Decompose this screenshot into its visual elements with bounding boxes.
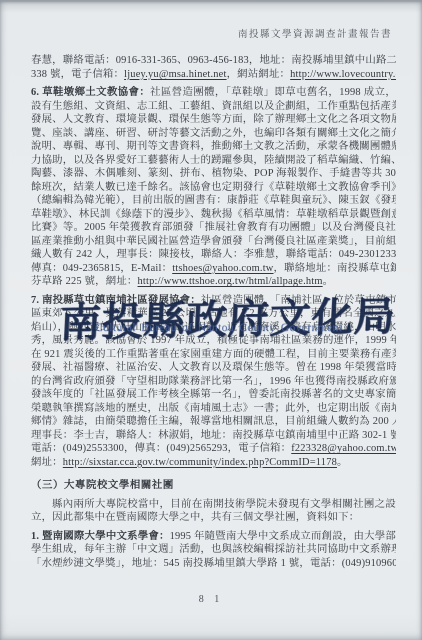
text-segment: 芬草路 225 號，網址： xyxy=(31,276,138,287)
text-segment: 春慧，聯絡電話：0916-331-365、0963-456-183，地址：南投縣… xyxy=(31,55,396,66)
text-line: 發展、社福醫療、社區治安、人文教育以及環保生態等。曾在 1998 年榮獲當時 xyxy=(31,361,396,375)
text-segment: 。 xyxy=(323,276,334,287)
text-line: 網址：http://sixstar.cca.gov.tw/community/i… xyxy=(31,456,396,470)
text-segment: （總編輯為韓光範），目前出版的圖書有：康靜莊《草鞋與童玩》、陳玉釵《發現 xyxy=(31,195,396,206)
text-line: 芬草路 225 號，網址：http://www.ttshoe.org.tw/ht… xyxy=(31,275,396,289)
text-line: 7. 南投縣草屯鎮南埔社區發展協會：社區營造團體，「南埔社區」位於草屯鎮市 xyxy=(31,294,396,308)
text-line: 焰山），與西邊的大肚山脈山嶺遙遙相對，近有隘寮溪，遠有烏溪環繞，山明水 xyxy=(31,321,396,335)
text-line: 草鞋墩》、林民訓《綠蔭下的漫步》、魏秋揚《稻草風情：草鞋墩稻草景觀暨創意 xyxy=(31,208,396,222)
text-line: 榮聰執筆撰寫該地的歷史，出版《南埔風土志》一書；此外，也定期出版《南埔 xyxy=(31,402,396,416)
text-segment: 學生組成，每年主辦「中文週」活動，也與該校編輯採訪社共同協助中文系辦理 xyxy=(31,544,396,555)
text-segment: 力協助，以及各界愛好工藝藝術人士的踴躍參與，陸續開設了稻草編織、竹編、 xyxy=(31,155,396,166)
text-segment: 發展、人文教育、環境景觀、環保生態等方面，除了辦理鄉土文化之各項文物展 xyxy=(31,114,396,125)
text-line: 傳真：049-2365815，E-Mail：ttshoes@yahoo.com.… xyxy=(31,262,396,276)
hyperlink[interactable]: ttshoes@yahoo.com.tw xyxy=(172,263,273,274)
text-segment: 338 號，電子信箱： xyxy=(31,69,124,80)
text-segment: 焰山），與西邊的大肚山脈山嶺遙遙相對，近有隘寮溪，遠有烏溪環繞，山明水 xyxy=(31,322,396,333)
text-line: 覽、座談、講座、研習、研討等藝文活動之外，也編印各類有關鄉土文化之簡介、 xyxy=(31,127,396,141)
text-line: 理事長：李士吉，聯絡人：林淑娟，地址：南投縣草屯鎮南埔里中正路 302-1 號， xyxy=(31,429,396,443)
text-line: 6. 草鞋墩鄉土文教協會：社區營造團體，「草鞋墩」即草屯舊名，1998 成立， xyxy=(31,86,396,100)
text-segment: 餘班次，結業人數已達千餘名。該協會也定期發行《草鞋墩鄉土文教協會季刊》 xyxy=(31,182,396,193)
text-line: 在 921 震災後的工作重點著重在家園重建方面的硬體工程，目前主要業務有產業 xyxy=(31,348,396,362)
text-segment: 草鞋墩》、林民訓《綠蔭下的漫步》、魏秋揚《稻草風情：草鞋墩稻草景觀暨創意 xyxy=(31,209,396,220)
text-line: 區東郊 6 公里，聚落精華區 25 公頃，佔地有 7.2 平方公里，東有聞名全國… xyxy=(31,307,396,321)
text-segment: 設有生態組、文資組、志工組、工藝組、資訊組以及企劃組，工作重點包括產業 xyxy=(31,101,396,112)
text-line: 電話：(049)2553300，傳真：(049)2565293，電子信箱：f22… xyxy=(31,442,396,456)
text-column: 春慧，聯絡電話：0916-331-365、0963-456-183，地址：南投縣… xyxy=(31,54,396,570)
text-segment: 織人數有 242 人，理事長：陳接枝，聯絡人：李雅慧，聯絡電話：049-2301… xyxy=(31,249,396,260)
running-header: 南投縣文學資源調查計畫報告書 xyxy=(238,26,392,40)
text-segment: 1. 暨南國際大學中文系學會： xyxy=(31,531,170,542)
text-segment: 6. 草鞋墩鄉土文教協會： xyxy=(31,87,150,98)
text-line: 338 號，電子信箱：ljuey.yu@msa.hinet.net，網站網址：h… xyxy=(31,68,396,82)
text-segment: 發該年度的「社區發展工作考核全縣第一名」，曾委託南投縣著名的文史專家簡 xyxy=(31,389,396,400)
text-segment: 鄉情》雜誌，由簡榮聰擔任主編，報導當地相關訊息，目前組織人數約為 200 人， xyxy=(31,416,396,427)
text-line: 設有生態組、文資組、志工組、工藝組、資訊組以及企劃組，工作重點包括產業 xyxy=(31,100,396,114)
hyperlink[interactable]: ljuey.yu@msa.hinet.net xyxy=(124,69,226,80)
text-line: 春慧，聯絡電話：0916-331-365、0963-456-183，地址：南投縣… xyxy=(31,54,396,68)
section-heading: （三）大專院校文學相關社團 xyxy=(31,479,396,493)
text-line: 比賽》等。2005 年榮獲教育部頒發「推展社會教育有功團體」以及台灣優良社 xyxy=(31,221,396,235)
document-page: 南投縣文學資源調查計畫報告書 春慧，聯絡電話：0916-331-365、0963… xyxy=(0,0,422,640)
text-segment: 陶藝、漆器、木偶雕刻、篆刻、拼布、植物染、POP 海報製作、手縫書等共 30 xyxy=(31,168,396,179)
text-line: （總編輯為韓光範），目前出版的圖書有：康靜莊《草鞋與童玩》、陳玉釵《發現 xyxy=(31,194,396,208)
text-line: 陶藝、漆器、木偶雕刻、篆刻、拼布、植物染、POP 海報製作、手縫書等共 30 xyxy=(31,167,396,181)
hyperlink[interactable]: http://www.lovecountry.org/ xyxy=(290,69,396,80)
text-segment: 秀，風景秀麗。該協會於 1997 年成立，積極從事南埔社區業務的運作，1999 … xyxy=(31,335,396,346)
hyperlink[interactable]: http://sixstar.cca.gov.tw/community/inde… xyxy=(63,457,337,468)
text-segment: 電話：(049)2553300，傳真：(049)2565293，電子信箱： xyxy=(31,443,291,454)
text-segment: 傳真：049-2365815，E-Mail： xyxy=(31,263,172,274)
text-line: 餘班次，結業人數已達千餘名。該協會也定期發行《草鞋墩鄉土文教協會季刊》 xyxy=(31,181,396,195)
text-segment: 在 921 震災後的工作重點著重在家園重建方面的硬體工程，目前主要業務有產業 xyxy=(31,349,396,360)
text-line: 的台灣省政府頒發「守望相助隊業務評比第一名」，1996 年也獲得南投縣政府頒 xyxy=(31,375,396,389)
text-line: 織人數有 242 人，理事長：陳接枝，聯絡人：李雅慧，聯絡電話：049-2301… xyxy=(31,248,396,262)
text-segment: 比賽》等。2005 年榮獲教育部頒發「推展社會教育有功團體」以及台灣優良社 xyxy=(31,222,396,233)
text-segment: 榮聰執筆撰寫該地的歷史，出版《南埔風土志》一書；此外，也定期出版《南埔 xyxy=(31,403,396,414)
text-segment: ，聯絡地址：南投縣草屯鎮 xyxy=(274,263,396,274)
text-line: 學生組成，每年主辦「中文週」活動，也與該校編輯採訪社共同協助中文系辦理 xyxy=(31,543,396,557)
text-segment: 社區營造團體，「草鞋墩」即草屯舊名，1998 成立， xyxy=(150,87,396,98)
page-number: 8 1 xyxy=(0,594,422,605)
text-line: 說明、專輯、專刊、期刊等文書資料，推動鄉土文教之活動，承蒙各機關團體鼎 xyxy=(31,140,396,154)
text-segment: 社區營造團體，「南埔社區」位於草屯鎮市 xyxy=(201,295,396,306)
text-segment: 說明、專輯、專刊、期刊等文書資料，推動鄉土文教之活動，承蒙各機關團體鼎 xyxy=(31,141,396,152)
text-segment: （三）大專院校文學相關社團 xyxy=(31,480,174,491)
text-segment: 「水煙紗漣文學獎」，地址：545 南投縣埔里鎮大學路 1 號，電話：(049)9… xyxy=(31,558,396,569)
text-line: 秀，風景秀麗。該協會於 1997 年成立，積極從事南埔社區業務的運作，1999 … xyxy=(31,334,396,348)
text-segment: 覽、座談、講座、研習、研討等藝文活動之外，也編印各類有關鄉土文化之簡介、 xyxy=(31,128,396,139)
text-segment: 網址： xyxy=(31,457,63,468)
text-segment: 。 xyxy=(337,457,348,468)
text-segment: ，網站網址： xyxy=(227,69,291,80)
text-line: 發該年度的「社區發展工作考核全縣第一名」，曾委託南投縣著名的文史專家簡 xyxy=(31,388,396,402)
text-line: 力協助，以及各界愛好工藝藝術人士的踴躍參與，陸續開設了稻草編織、竹編、 xyxy=(31,154,396,168)
text-segment: 區東郊 6 公里，聚落精華區 25 公頃，佔地有 7.2 平方公里，東有聞名全國… xyxy=(31,308,396,319)
text-line: 發展、人文教育、環境景觀、環保生態等方面，除了辦理鄉土文化之各項文物展 xyxy=(31,113,396,127)
text-segment: 區產業推動小組與中華民國社區營造學會頒發「台灣優良社區產業獎」，目前組 xyxy=(31,236,396,247)
text-segment: 7. 南投縣草屯鎮南埔社區發展協會： xyxy=(31,295,201,306)
text-line: 1. 暨南國際大學中文系學會：1995 年隨暨南大學中文系成立而創設，由大學部 xyxy=(31,530,396,544)
text-segment: 理事長：李士吉，聯絡人：林淑娟，地址：南投縣草屯鎮南埔里中正路 302-1 號， xyxy=(31,430,396,441)
text-line: 區產業推動小組與中華民國社區營造學會頒發「台灣優良社區產業獎」，目前組 xyxy=(31,235,396,249)
text-line: 縣內兩所大專院校當中，目前在南開技術學院未發現有文學相關社團之設 xyxy=(31,498,396,512)
text-segment: 立，因此都集中在暨南國際大學之中，共有三個文學社團，資料如下： xyxy=(31,512,359,523)
text-line: 鄉情》雜誌，由簡榮聰擔任主編，報導當地相關訊息，目前組織人數約為 200 人， xyxy=(31,415,396,429)
text-segment: 的台灣省政府頒發「守望相助隊業務評比第一名」，1996 年也獲得南投縣政府頒 xyxy=(31,376,396,387)
hyperlink[interactable]: f223328@yahoo.com.tw xyxy=(291,443,396,454)
text-segment: 縣內兩所大專院校當中，目前在南開技術學院未發現有文學相關社團之設 xyxy=(52,499,396,510)
text-segment: 發展、社福醫療、社區治安、人文教育以及環保生態等。曾在 1998 年榮獲當時 xyxy=(31,362,396,373)
text-line: 「水煙紗漣文學獎」，地址：545 南投縣埔里鎮大學路 1 號，電話：(049)9… xyxy=(31,557,396,571)
hyperlink[interactable]: http://www.ttshoe.org.tw/html/allpage.ht… xyxy=(138,276,323,287)
text-segment: 1995 年隨暨南大學中文系成立而創設，由大學部 xyxy=(170,531,396,542)
text-line: 立，因此都集中在暨南國際大學之中，共有三個文學社團，資料如下： xyxy=(31,511,396,525)
